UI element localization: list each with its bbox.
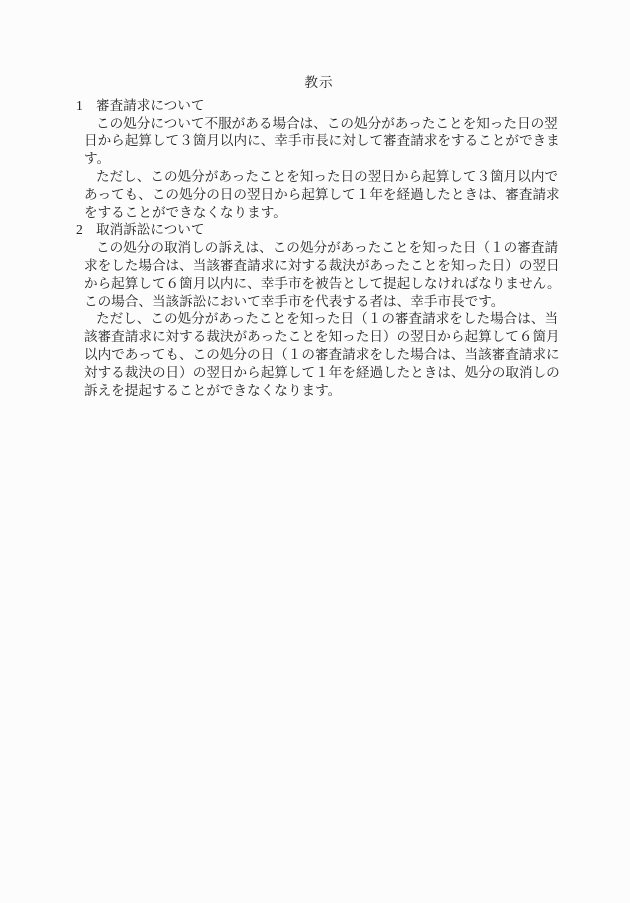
page-title: 教示	[76, 74, 562, 92]
section-2-number: 2	[76, 221, 96, 239]
section-2-heading: 2取消訴訟について	[76, 221, 562, 239]
section-1-heading-label: 審査請求について	[96, 98, 204, 113]
section-1-paragraph-1: この処分について不服がある場合は、この処分があったことを知った日の翌 日から起算…	[84, 115, 562, 168]
section-2-paragraph-2: ただし、この処分があったことを知った日（１の審査請求をした場合は、当 該審査請求…	[84, 310, 562, 399]
section-1-number: 1	[76, 97, 96, 115]
section-1-paragraph-2: ただし、この処分があったことを知った日の翌日から起算して３箇月以内で あっても、…	[84, 168, 562, 221]
section-2-heading-label: 取消訴訟について	[96, 222, 204, 237]
document-page: 教示 1審査請求について この処分について不服がある場合は、この処分があったこと…	[0, 0, 630, 903]
section-2-paragraph-1: この処分の取消しの訴えは、この処分があったことを知った日（１の審査請 求をした場…	[84, 239, 562, 310]
section-1-heading: 1審査請求について	[76, 97, 562, 115]
